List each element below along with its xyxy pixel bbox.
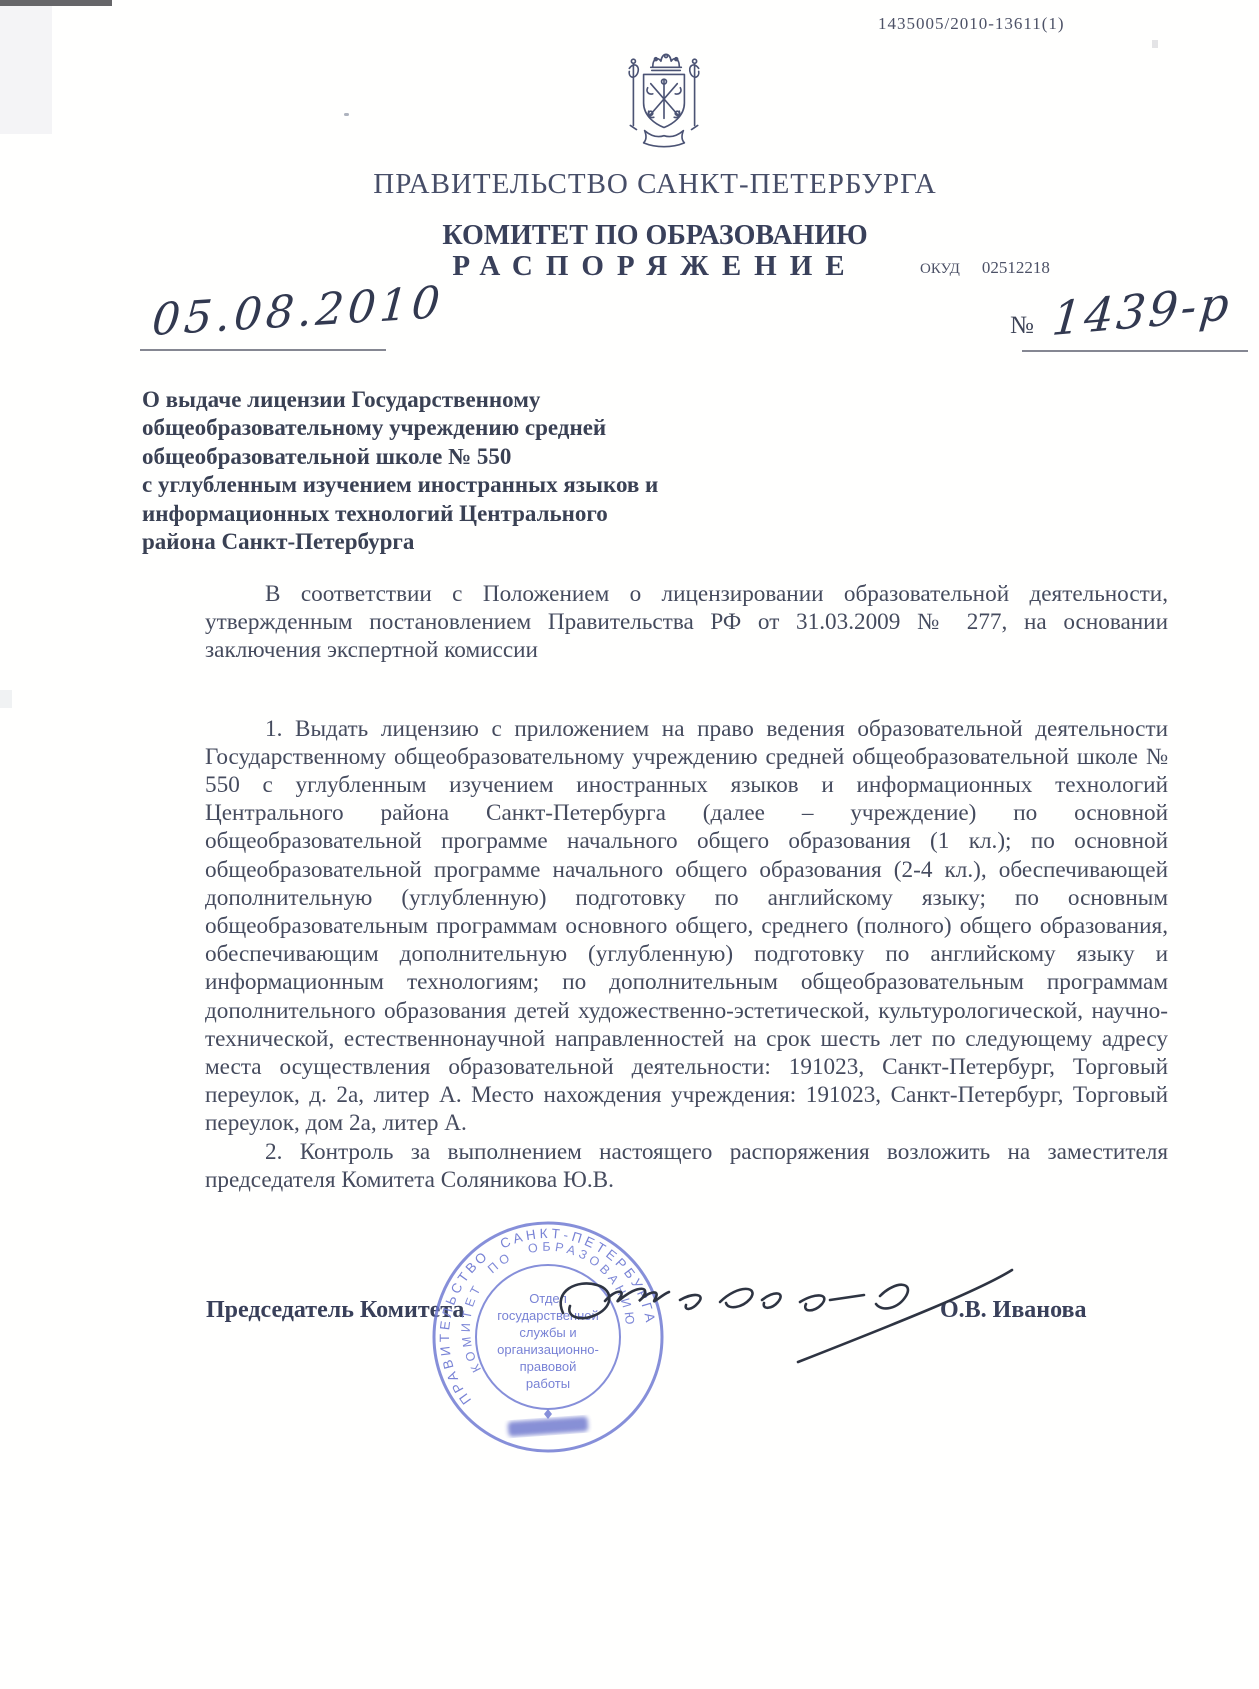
number-sign-label: № [1010,312,1034,340]
spb-coat-of-arms-icon [600,50,728,152]
okud-code: ОКУД 02512218 [920,258,1050,278]
body-item-1: 1. Выдать лицензию с приложением на прав… [205,715,1168,1138]
subject-line: района Санкт-Петербурга [142,528,762,556]
handwritten-date: 05.08.2010 [150,277,445,346]
document-subject: О выдаче лицензии Государственному общео… [142,386,762,556]
body-intro-paragraph: В соответствии с Положением о лицензиров… [205,580,1168,665]
date-underline [140,349,386,351]
stamp-bottom-ornament [544,1409,552,1419]
document-body: В соответствии с Положением о лицензиров… [205,580,1168,1194]
government-title: ПРАВИТЕЛЬСТВО САНКТ-ПЕТЕРБУРГА [51,168,1259,201]
subject-line: информационных технологий Центрального [142,500,762,528]
scan-artifact [1152,40,1158,48]
scan-artifact [0,690,12,708]
subject-line: с углубленным изучением иностранных язык… [142,471,762,499]
scan-artifact [344,113,349,116]
body-item-2: 2. Контроль за выполнением настоящего ра… [205,1138,1168,1194]
signer-position-title: Председатель Комитета [206,1297,464,1324]
handwritten-number: 1439-р [1050,276,1234,346]
handwritten-signature [540,1250,1080,1410]
scan-artifact [0,6,52,134]
subject-line: общеобразовательному учреждению средней [142,414,762,442]
scanned-document-page: 1435005/2010-13611(1) ПРАВИТЕЛЬСТВО САНК… [0,0,1259,1689]
subject-line: О выдаче лицензии Государственному [142,386,762,414]
number-underline [1022,350,1248,352]
document-type-title: РАСПОРЯЖЕНИЕ [51,250,1259,283]
stamp-smudge [508,1416,589,1437]
okud-value: 02512218 [982,258,1050,277]
okud-label: ОКУД [920,261,960,277]
committee-title: КОМИТЕТ ПО ОБРАЗОВАНИЮ [51,220,1259,252]
document-ref-number: 1435005/2010-13611(1) [878,14,1178,34]
subject-line: общеобразовательной школе № 550 [142,443,762,471]
